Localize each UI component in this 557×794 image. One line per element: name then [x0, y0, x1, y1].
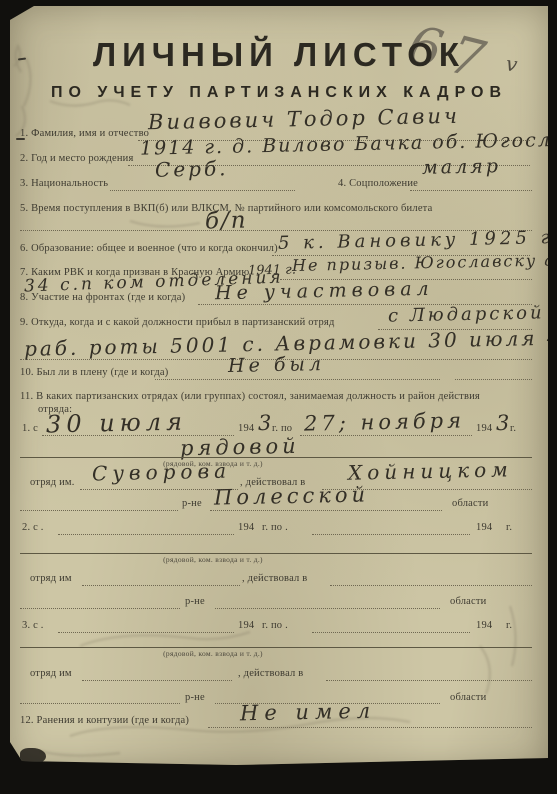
entry-2-rne-label: р-не [185, 596, 205, 607]
field-2-label: 2. Год и место рождения [20, 153, 134, 164]
ink-blot [20, 748, 46, 764]
entry-3-otryad-label: отряд им [30, 668, 72, 679]
entry-2-from-line [58, 533, 234, 535]
entry-1-unit-value: Суворова [92, 461, 231, 484]
entry-1-year2-printed: 194 [476, 423, 492, 434]
entry-1-num: 1. с [22, 423, 38, 434]
field-10-line-2 [455, 378, 532, 380]
entry-1-year1-digit: 3 [258, 413, 272, 434]
entry-2-num: 2. с . [22, 522, 44, 533]
entry-3-rne-line1 [20, 702, 180, 704]
entry-2-otryad-label: отряд им [30, 573, 72, 584]
field-4-line [410, 189, 532, 191]
field-6-value: 5 к. Вановику 1925 г [278, 229, 554, 253]
field-8-label: 8. Участие на фронтах (где и когда) [20, 292, 185, 303]
entry-3-num: 3. с . [22, 620, 44, 631]
field-12-line [208, 726, 532, 728]
entry-3-year2-printed: 194 [476, 620, 492, 631]
entry-3-rne-label: р-не [185, 692, 205, 703]
field-3-line [110, 189, 295, 191]
entry-3-g: г. [506, 620, 512, 631]
entry-1-rne-label: р-не [182, 498, 202, 509]
entry-3-po: г. по . [262, 620, 288, 631]
entry-1-acted-value: Хойницком [348, 459, 513, 482]
entry-2-po: г. по . [262, 522, 288, 533]
entry-1-year2-digit: 3 [496, 413, 510, 434]
entry-1-otryad-label: отряд им. [30, 477, 75, 488]
entry-3-unit-line [82, 679, 232, 681]
entry-3-year1-printed: 194 [238, 620, 254, 631]
entry-1-to-line [300, 434, 472, 436]
entry-3-acted-label: , действовал в [238, 668, 303, 679]
field-6-label: 6. Образование: общее и военное (что и к… [20, 243, 278, 254]
field-3-label: 3. Национальность [20, 178, 108, 189]
field-9-label: 9. Откуда, когда и с какой должности при… [20, 317, 335, 328]
field-10-value: Не был [228, 355, 325, 376]
entry-1-rne-line1 [20, 509, 178, 511]
entry-2-rne-line1 [20, 607, 180, 609]
entry-2-to-line [312, 533, 470, 535]
entry-1-district-value: Полесской [214, 484, 369, 508]
entry-2-oblast-label: области [450, 596, 487, 607]
entry-2-year2-printed: 194 [476, 522, 492, 533]
entry-1-year1-printed: 194 [238, 423, 254, 434]
field-4-label: 4. Соцположение [338, 178, 418, 189]
entry-3-oblast-label: области [450, 692, 487, 703]
field-12-label: 12. Ранения и контузии (где и когда) [20, 715, 189, 726]
form-paper: 67 v ЛИЧНЫЙ ЛИСТОК ПО УЧЕТУ ПАРТИЗАНСКИХ… [10, 6, 548, 768]
field-4-value: маляр [422, 157, 501, 178]
entry-3-role-line [20, 646, 532, 648]
entry-1-rne-line2 [210, 509, 442, 511]
field-7-value: Не призыв. Югославску ар. [292, 252, 557, 274]
entry-2-role-line [20, 552, 532, 554]
entry-3-to-line [312, 631, 470, 633]
field-1-value: Виавович Тодор Савич [148, 106, 460, 134]
entry-1-from-value: 30 июля [46, 410, 187, 437]
entry-1-oblast-label: области [452, 498, 489, 509]
entry-1-g: г. [510, 423, 516, 434]
field-11-label-line1: 11. В каких партизанских отрядах (или гр… [20, 391, 480, 402]
field-12-value: Не имел [240, 701, 377, 725]
entry-3-acted-line [326, 679, 532, 681]
entry-2-acted-label: , действовал в [242, 573, 307, 584]
field-10-line [155, 378, 440, 380]
field-3-value: Серб. [155, 158, 229, 180]
page-subtitle: ПО УЧЕТУ ПАРТИЗАНСКИХ КАДРОВ [10, 84, 548, 102]
entry-3-from-line [58, 631, 234, 633]
entry-3-role-caption: (рядовой, ком. взвода и т. д.) [128, 649, 298, 658]
entry-2-year1-printed: 194 [238, 522, 254, 533]
entry-1-to-value: 27; ноября [304, 410, 465, 434]
field-9-value-line1: с Людарской [388, 304, 545, 325]
entry-2-role-caption: (рядовой, ком. взвода и т. д.) [128, 555, 298, 564]
page-title: ЛИЧНЫЙ ЛИСТОК [10, 36, 548, 74]
entry-1-po: г. по [272, 423, 292, 434]
entry-2-g: г. [506, 522, 512, 533]
field-1-label: 1. Фамилия, имя и отчество [20, 128, 149, 139]
entry-2-rne-line2 [215, 607, 440, 609]
field-10-label: 10. Был ли в плену (где и когда) [20, 367, 168, 378]
entry-2-acted-line [330, 584, 532, 586]
entry-2-unit-line [82, 584, 240, 586]
field-8-value: Не участвовал [215, 280, 434, 304]
